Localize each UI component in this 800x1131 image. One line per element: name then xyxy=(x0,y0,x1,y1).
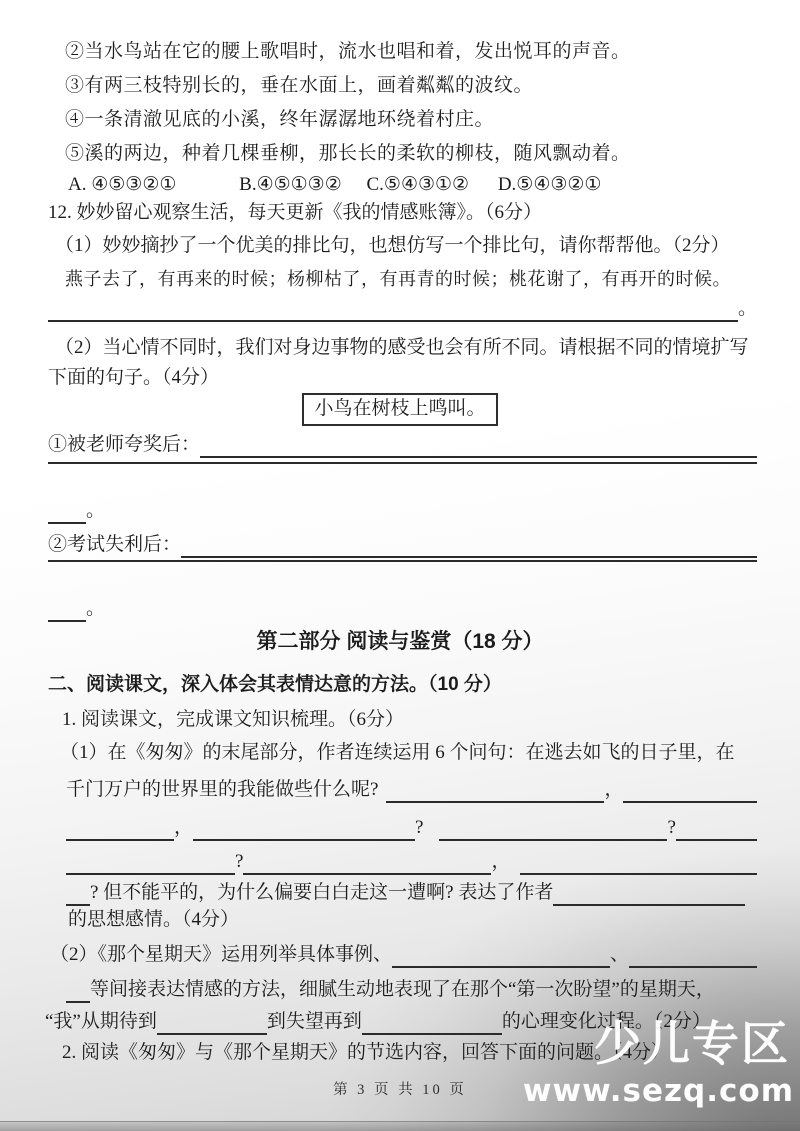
q11-option-b: B.④⑤①③② xyxy=(239,174,342,195)
q11-sentence-2: ②当水鸟站在它的腰上歌唱时，流水也唱和着，发出悦耳的声音。 xyxy=(65,39,631,65)
scan-bottom-edge xyxy=(0,1121,800,1131)
punctuation-period: 。 xyxy=(86,596,105,622)
answer-blank xyxy=(66,849,235,875)
boxed-sentence: 小鸟在树枝上鸣叫。 xyxy=(302,393,497,426)
answer-blank xyxy=(362,1009,502,1035)
q11-options-row: A. ④⑤③②① B.④⑤①③② C.⑤④③①② D.⑤④③②① xyxy=(68,172,601,198)
answer-blank xyxy=(66,977,90,1003)
answer-blank xyxy=(520,849,757,875)
q12-sub2-item1-line2 xyxy=(48,462,757,464)
q12-sub2-item1-label: ①被老师夸奖后： xyxy=(48,432,200,458)
answer-blank xyxy=(439,815,667,841)
part2-heading: 第二部分 阅读与鉴赏（18 分） xyxy=(0,629,800,655)
answer-blank xyxy=(386,777,604,803)
punctuation-period: 。 xyxy=(738,296,757,322)
boxed-sentence-wrap: 小鸟在树枝上鸣叫。 xyxy=(0,393,800,426)
q1-sub1-line2-text: 千门万户的世界里的我能做些什么呢? xyxy=(66,777,378,803)
answer-blank xyxy=(48,296,738,322)
q12-sub1-example: 燕子去了，有再来的时候；杨柳枯了，有再青的时候；桃花谢了，有再开的时候。 xyxy=(65,266,731,292)
q1-sub1-line4: ? ， xyxy=(66,849,757,875)
answer-blank xyxy=(48,462,757,464)
q12-sub2-prompt-line1: （2）当心情不同时，我们对身边事物的感受也会有所不同。请根据不同的情境扩写 xyxy=(55,335,749,361)
q11-option-d: D.⑤④③②① xyxy=(498,174,602,195)
q1-sub1-line2: 千门万户的世界里的我能做些什么呢? ， xyxy=(66,777,757,803)
punctuation-period: 。 xyxy=(86,498,105,524)
q1-sub1-line5: ? 但不能平的，为什么偏要白白走这一遭啊? 表达了作者 xyxy=(66,880,745,906)
q11-sentence-3: ③有两三枝特别长的，垂在水面上，画着粼粼的波纹。 xyxy=(65,73,533,99)
q1-sub2-line1: （2）《那个星期天》运用列举具体事例、 、 xyxy=(50,942,757,968)
q1-sub1-line3: ， ? ? xyxy=(66,815,757,841)
watermark-site-url: www.sezq.com xyxy=(523,1072,794,1110)
q11-option-a: A. ④⑤③②① xyxy=(68,174,176,195)
answer-blank xyxy=(676,815,757,841)
answer-blank xyxy=(48,596,86,622)
q12-sub1-prompt: （1）妙妙摘抄了一个优美的排比句，也想仿写一个排比句，请你帮帮他。（2分） xyxy=(55,233,730,259)
q12-sub2-item2-line2 xyxy=(48,560,757,562)
punctuation-comma: ， xyxy=(604,777,623,803)
answer-blank xyxy=(200,432,757,458)
answer-blank xyxy=(193,815,415,841)
answer-blank xyxy=(392,942,610,968)
punctuation-comma: ， xyxy=(491,849,510,875)
q1-sub1-line6: 的思想感情。（4分） xyxy=(68,907,239,933)
answer-blank xyxy=(48,560,757,562)
answer-blank xyxy=(629,942,757,968)
answer-blank xyxy=(48,498,86,524)
q1-sub2-line3-seg2: 到失望再到 xyxy=(267,1009,362,1035)
punctuation-question-mark: ? xyxy=(415,815,423,841)
answer-blank xyxy=(623,777,757,803)
q1-sub1-line5-text: ? 但不能平的，为什么偏要白白走这一遭啊? 表达了作者 xyxy=(90,880,553,906)
answer-blank xyxy=(243,849,491,875)
q11-sentence-5: ⑤溪的两边，种着几棵垂柳，那长长的柔软的柳枝，随风飘动着。 xyxy=(65,141,631,167)
q12-sub1-answer-line: 。 xyxy=(48,296,757,322)
punctuation-question-mark: ? xyxy=(667,815,675,841)
q12-sub2-item1-line: ①被老师夸奖后： xyxy=(48,432,757,458)
q1-sub2-line2-text: 等间接表达情感的方法，细腻生动地表现了在那个“第一次盼望”的星期天， xyxy=(90,977,715,1003)
q11-sentence-4: ④一条清澈见底的小溪，终年潺潺地环绕着村庄。 xyxy=(65,107,494,133)
exam-paper-page: ②当水鸟站在它的腰上歌唱时，流水也唱和着，发出悦耳的声音。 ③有两三枝特别长的，… xyxy=(0,0,800,1131)
punctuation-comma: ， xyxy=(174,815,193,841)
q1-sub2-line1-text: （2）《那个星期天》运用列举具体事例、 xyxy=(50,942,392,968)
q12-stem: 12. 妙妙留心观察生活，每天更新《我的情感账簿》。（6分） xyxy=(48,200,542,226)
q12-sub2-item2-tail: 。 xyxy=(48,596,105,622)
part2-q1-stem: 1. 阅读课文，完成课文知识梳理。（6分） xyxy=(62,707,404,733)
part2-section-intro: 二、阅读课文，深入体会其表情达意的方法。（10 分） xyxy=(48,672,502,698)
answer-blank xyxy=(157,1009,267,1035)
q12-sub2-item1-tail: 。 xyxy=(48,498,105,524)
q12-sub2-prompt-line2: 下面的句子。（4分） xyxy=(48,365,219,391)
answer-blank xyxy=(553,880,745,906)
answer-blank xyxy=(66,815,174,841)
punctuation-enumeration-comma: 、 xyxy=(610,942,629,968)
punctuation-question-mark: ? xyxy=(235,849,243,875)
q1-sub2-line2: 等间接表达情感的方法，细腻生动地表现了在那个“第一次盼望”的星期天， xyxy=(66,977,715,1003)
answer-blank xyxy=(181,532,757,558)
q12-sub2-item2-line: ②考试失利后： xyxy=(48,532,757,558)
q11-option-c: C.⑤④③①② xyxy=(366,174,469,195)
q1-sub1-line1: （1）在《匆匆》的末尾部分，作者连续运用 6 个问句：在逃去如飞的日子里，在 xyxy=(60,740,735,766)
answer-blank xyxy=(66,880,90,906)
watermark-site-title: 少儿专区 xyxy=(594,1019,790,1071)
q1-sub2-line3-seg1: “我”从期待到 xyxy=(45,1009,157,1035)
part2-q2-stem: 2. 阅读《匆匆》与《那个星期天》的节选内容，回答下面的问题。（4分） xyxy=(62,1040,670,1066)
q12-sub2-item2-label: ②考试失利后： xyxy=(48,532,181,558)
